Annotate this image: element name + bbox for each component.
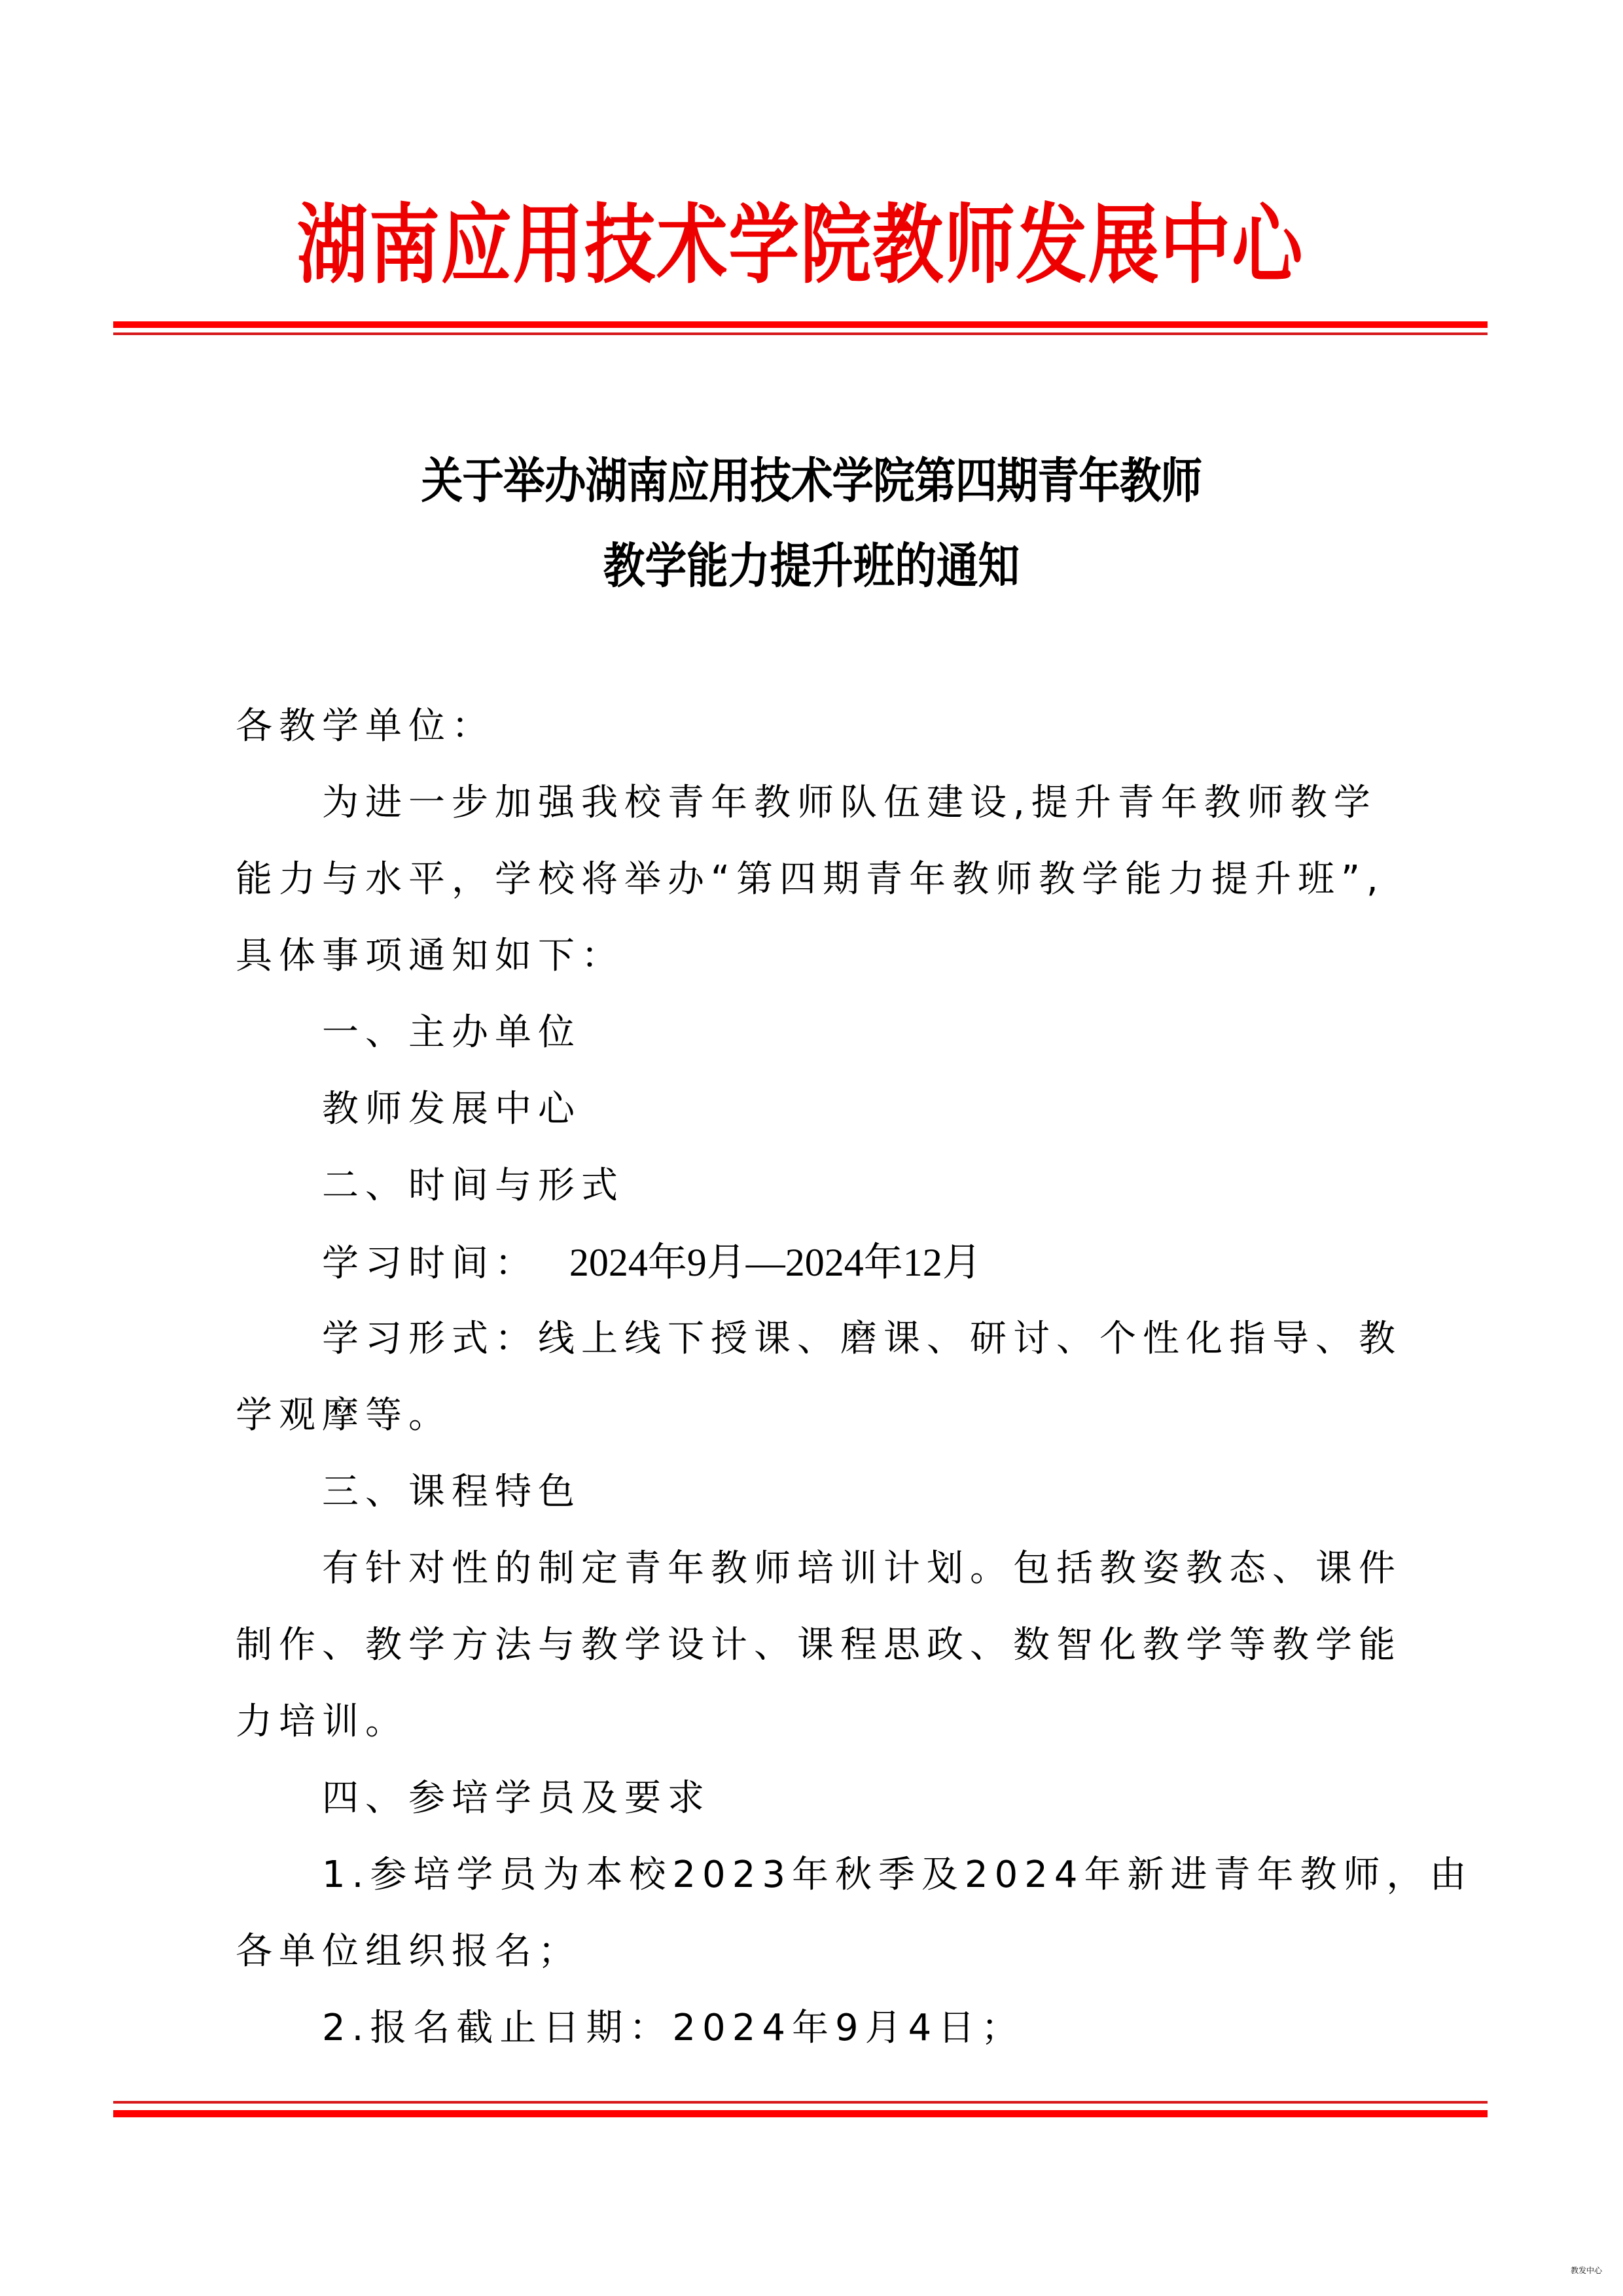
participants-item1-line: 各单位组织报名； <box>236 1929 1414 1975</box>
masthead-rule-thin <box>113 332 1488 335</box>
footer-rule-thin <box>113 2101 1488 2104</box>
section-heading-course-features: 三、课程特色 <box>322 1469 1500 1515</box>
masthead-rule-thick <box>113 321 1488 328</box>
participants-item1-line: 1.参培学员为本校2023年秋季及2024年新进青年教师，由 <box>322 1852 1500 1898</box>
masthead-org-name: 湖南应用技术学院教师发展中心 <box>237 196 1364 295</box>
watermark-label: 教发中心 <box>1571 2266 1602 2275</box>
notice-title-line1: 关于举办湖南应用技术学院第四期青年教师 <box>226 452 1397 511</box>
intro-line: 具体事项通知如下： <box>236 933 1414 979</box>
study-time: 学习时间： 2024年9月—2024年12月 <box>322 1240 1500 1287</box>
intro-line: 为进一步加强我校青年教师队伍建设,提升青年教师教学 <box>322 780 1500 826</box>
course-features-line: 有针对性的制定青年教师培训计划。包括教姿教态、课件 <box>322 1546 1500 1592</box>
course-features-line: 制作、教学方法与教学设计、课程思政、数智化教学等教学能 <box>236 1623 1414 1668</box>
intro-line: 能力与水平，学校将举办“第四期青年教师教学能力提升班”, <box>236 857 1414 903</box>
course-features-line: 力培训。 <box>236 1699 1414 1745</box>
participants-item2-deadline: 2.报名截止日期：2024年9月4日； <box>322 2005 1500 2051</box>
section-heading-organizer: 一、主办单位 <box>322 1010 1500 1056</box>
study-time-value: 2024年9月—2024年12月 <box>569 1241 982 1284</box>
document-page: 湖南应用技术学院教师发展中心 关于举办湖南应用技术学院第四期青年教师 教学能力提… <box>0 0 1623 2296</box>
notice-title-line2: 教学能力提升班的通知 <box>226 537 1397 596</box>
footer-rule-thick <box>113 2110 1488 2117</box>
organizer-name: 教师发展中心 <box>322 1086 1500 1132</box>
section-heading-time-format: 二、时间与形式 <box>322 1163 1500 1209</box>
study-format-line: 学观摩等。 <box>236 1393 1414 1439</box>
study-time-label: 学习时间： <box>322 1242 538 1285</box>
salutation: 各教学单位： <box>236 704 1414 749</box>
section-heading-participants: 四、参培学员及要求 <box>322 1776 1500 1821</box>
study-format-line: 学习形式：线上线下授课、磨课、研讨、个性化指导、教 <box>322 1316 1500 1362</box>
